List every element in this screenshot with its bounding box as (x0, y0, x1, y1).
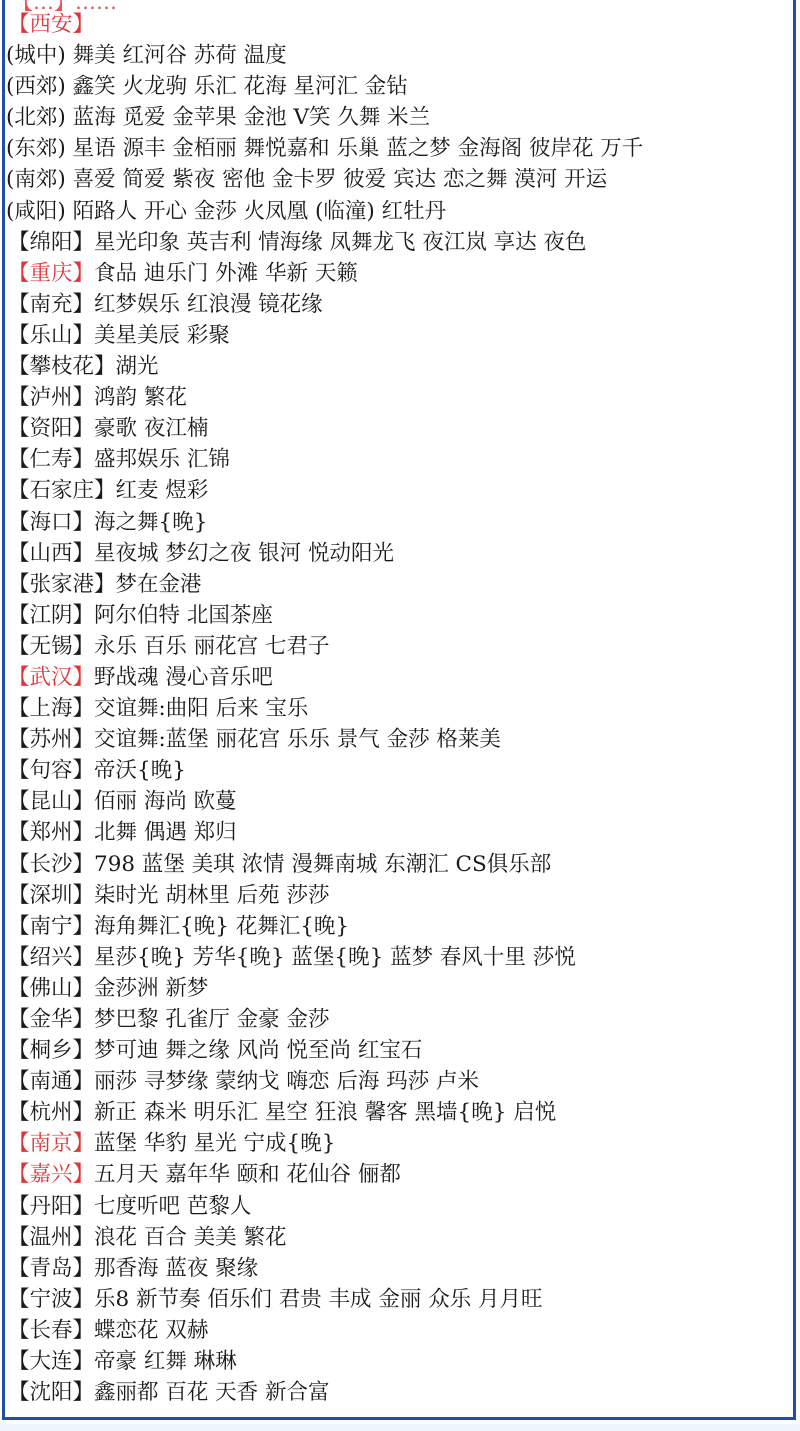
venue-names: 帝豪 红舞 琳琳 (94, 1349, 237, 1374)
venue-names: 柒时光 胡林里 后苑 莎莎 (94, 883, 330, 908)
list-item: 【南京】蓝堡 华豹 星光 宁成{晚} (8, 1128, 643, 1159)
list-item: 【张家港】梦在金港 (8, 569, 643, 600)
list-item: 【杭州】新正 森米 明乐汇 星空 狂浪 馨客 黑墙{晚} 启悦 (8, 1097, 643, 1128)
list-item: 【郑州】北舞 偶遇 郑归 (8, 817, 643, 848)
city-label: 【温州】 (8, 1225, 94, 1250)
city-label: 【苏州】 (8, 727, 94, 752)
city-label: 【乐山】 (8, 323, 94, 348)
list-item: 【金华】梦巴黎 孔雀厅 金豪 金莎 (8, 1004, 643, 1035)
venue-names: 鸿韵 繁花 (94, 385, 187, 410)
venue-names: 新正 森米 明乐汇 星空 狂浪 馨客 黑墙{晚} 启悦 (94, 1100, 556, 1125)
list-item: 【宁波】乐8 新节奏 佰乐们 君贵 丰成 金丽 众乐 月月旺 (8, 1284, 643, 1315)
city-label: (咸阳) (6, 199, 66, 224)
list-item: (城中) 舞美 红河谷 苏荷 温度 (6, 40, 643, 71)
city-label: 【石家庄】 (8, 478, 116, 503)
venue-names: 海之舞{晚} (94, 510, 207, 535)
list-item: 【重庆】食品 迪乐门 外滩 华新 天籁 (8, 258, 643, 289)
venue-names: 湖光 (116, 354, 159, 379)
list-item: (北郊) 蓝海 觅爱 金苹果 金池 V笑 久舞 米兰 (6, 102, 643, 133)
list-item: 【南充】红梦娱乐 红浪漫 镜花缘 (8, 289, 643, 320)
city-label: 【长春】 (8, 1318, 94, 1343)
city-label: 【西安】 (8, 12, 94, 37)
city-label: 【南通】 (8, 1069, 94, 1094)
city-label: 【南京】 (8, 1131, 94, 1156)
venue-names: 蝶恋花 双赫 (94, 1318, 208, 1343)
city-label: 【青岛】 (8, 1256, 94, 1281)
city-label: 【绍兴】 (8, 945, 94, 970)
city-label: (南郊) (6, 167, 66, 192)
list-item: 【南通】丽莎 寻梦缘 蒙纳戈 嗨恋 后海 玛莎 卢米 (8, 1066, 643, 1097)
venue-names: 红麦 煜彩 (116, 478, 209, 503)
city-label: 【桐乡】 (8, 1038, 94, 1063)
bottom-margin (0, 1424, 800, 1431)
city-label: 【嘉兴】 (8, 1162, 94, 1187)
venue-names: 北舞 偶遇 郑归 (94, 820, 237, 845)
venue-names: 红梦娱乐 红浪漫 镜花缘 (94, 292, 323, 317)
venue-names: 星夜城 梦幻之夜 银河 悦动阳光 (94, 541, 394, 566)
venue-names: 丽莎 寻梦缘 蒙纳戈 嗨恋 后海 玛莎 卢米 (94, 1069, 479, 1094)
city-label: 【重庆】 (8, 261, 94, 286)
venue-names: 蓝堡 华豹 星光 宁成{晚} (94, 1131, 335, 1156)
venue-names: 蓝海 觅爱 金苹果 金池 V笑 久舞 米兰 (73, 105, 431, 130)
venue-names: 鑫笑 火龙驹 乐汇 花海 星河汇 金钻 (73, 74, 408, 99)
venue-names: 永乐 百乐 丽花宫 七君子 (94, 634, 330, 659)
venue-names: 那香海 蓝夜 聚缘 (94, 1256, 258, 1281)
city-label: 【昆山】 (8, 789, 94, 814)
city-label: 【南充】 (8, 292, 94, 317)
city-label: 【长沙】 (8, 852, 94, 877)
venue-names: 豪歌 夜江楠 (94, 416, 208, 441)
list-item: 【南宁】海角舞汇{晚} 花舞汇{晚} (8, 911, 643, 942)
city-label: 【资阳】 (8, 416, 94, 441)
list-item: 【山西】星夜城 梦幻之夜 银河 悦动阳光 (8, 538, 643, 569)
city-label: 【郑州】 (8, 820, 94, 845)
list-item: 【桐乡】梦可迪 舞之缘 风尚 悦至尚 红宝石 (8, 1035, 643, 1066)
list-item: 【乐山】美星美辰 彩聚 (8, 320, 643, 351)
venue-names: 798 蓝堡 美琪 浓情 漫舞南城 东潮汇 CS俱乐部 (94, 852, 551, 877)
list-item: 【江阴】阿尔伯特 北国茶座 (8, 600, 643, 631)
city-label: 【杭州】 (8, 1100, 94, 1125)
city-label: 【宁波】 (8, 1287, 94, 1312)
list-item: 【石家庄】红麦 煜彩 (8, 475, 643, 506)
list-item: 【长春】蝶恋花 双赫 (8, 1315, 643, 1346)
venue-names: 梦在金港 (116, 572, 202, 597)
list-item: 【泸州】鸿韵 繁花 (8, 382, 643, 413)
city-label: 【山西】 (8, 541, 94, 566)
city-label: 【仁寿】 (8, 447, 94, 472)
city-label: (东郊) (6, 136, 66, 161)
city-label: 【深圳】 (8, 883, 94, 908)
list-item: (南郊) 喜爱 简爱 紫夜 密他 金卡罗 彼爱 宾达 恋之舞 漠河 开运 (6, 164, 643, 195)
list-item: 【温州】浪花 百合 美美 繁花 (8, 1222, 643, 1253)
list-item: 【长沙】798 蓝堡 美琪 浓情 漫舞南城 东潮汇 CS俱乐部 (8, 849, 643, 880)
venue-names: 鑫丽都 百花 天香 新合富 (94, 1380, 330, 1405)
venue-names: 陌路人 开心 金莎 火凤凰 (临潼) 红牡丹 (73, 199, 446, 224)
list-item: 【资阳】豪歌 夜江楠 (8, 413, 643, 444)
venue-names: 七度听吧 芭黎人 (94, 1194, 251, 1219)
list-item: 【绵阳】星光印象 英吉利 情海缘 凤舞龙飞 夜江岚 享达 夜色 (8, 227, 643, 258)
venue-names: 海角舞汇{晚} 花舞汇{晚} (94, 914, 349, 939)
list-item: 【武汉】野战魂 漫心音乐吧 (8, 662, 643, 693)
list-item: 【佛山】金莎洲 新梦 (8, 973, 643, 1004)
venue-names: 五月天 嘉年华 颐和 花仙谷 俪都 (94, 1162, 401, 1187)
venue-names: 浪花 百合 美美 繁花 (94, 1225, 287, 1250)
list-item: 【深圳】柒时光 胡林里 后苑 莎莎 (8, 880, 643, 911)
city-label: 【上海】 (8, 696, 94, 721)
venue-names: 星光印象 英吉利 情海缘 凤舞龙飞 夜江岚 享达 夜色 (94, 230, 587, 255)
venue-names: 美星美辰 彩聚 (94, 323, 230, 348)
list-item: 【丹阳】七度听吧 芭黎人 (8, 1191, 643, 1222)
venue-names: 交谊舞:蓝堡 丽花宫 乐乐 景气 金莎 格莱美 (94, 727, 501, 752)
city-label: 【南宁】 (8, 914, 94, 939)
city-label: 【攀枝花】 (8, 354, 116, 379)
venue-names: 星莎{晚} 芳华{晚} 蓝堡{晚} 蓝梦 春风十里 莎悦 (94, 945, 576, 970)
city-label: 【绵阳】 (8, 230, 94, 255)
venue-names: 阿尔伯特 北国茶座 (94, 603, 273, 628)
city-label: 【无锡】 (8, 634, 94, 659)
venue-names: 舞美 红河谷 苏荷 温度 (73, 43, 287, 68)
city-label: 【武汉】 (8, 665, 94, 690)
list-item: 【无锡】永乐 百乐 丽花宫 七君子 (8, 631, 643, 662)
city-label: 【张家港】 (8, 572, 116, 597)
list-item: (咸阳) 陌路人 开心 金莎 火凤凰 (临潼) 红牡丹 (6, 196, 643, 227)
city-label: 【沈阳】 (8, 1380, 94, 1405)
list-item: 【苏州】交谊舞:蓝堡 丽花宫 乐乐 景气 金莎 格莱美 (8, 724, 643, 755)
list-item: 【绍兴】星莎{晚} 芳华{晚} 蓝堡{晚} 蓝梦 春风十里 莎悦 (8, 942, 643, 973)
list-item: (东郊) 星语 源丰 金栢丽 舞悦嘉和 乐巢 蓝之梦 金海阁 彼岸花 万千 (6, 133, 643, 164)
city-label: 【句容】 (8, 758, 94, 783)
list-item: 【昆山】佰丽 海尚 欧蔓 (8, 786, 643, 817)
city-label: 【大连】 (8, 1349, 94, 1374)
list-item: 【青岛】那香海 蓝夜 聚缘 (8, 1253, 643, 1284)
venue-names: 交谊舞:曲阳 后来 宝乐 (94, 696, 308, 721)
list-item: 【句容】帝沃{晚} (8, 755, 643, 786)
list-item: 【海口】海之舞{晚} (8, 507, 643, 538)
list-item: 【上海】交谊舞:曲阳 后来 宝乐 (8, 693, 643, 724)
city-label: (城中) (6, 43, 66, 68)
venue-list: 【西安】(城中) 舞美 红河谷 苏荷 温度(西郊) 鑫笑 火龙驹 乐汇 花海 星… (8, 9, 643, 1408)
list-item: 【大连】帝豪 红舞 琳琳 (8, 1346, 643, 1377)
list-item: 【嘉兴】五月天 嘉年华 颐和 花仙谷 俪都 (8, 1159, 643, 1190)
city-label: 【佛山】 (8, 976, 94, 1001)
venue-names: 野战魂 漫心音乐吧 (94, 665, 273, 690)
city-label: 【泸州】 (8, 385, 94, 410)
venue-names: 佰丽 海尚 欧蔓 (94, 789, 237, 814)
list-item: 【西安】 (8, 9, 643, 40)
venue-names: 星语 源丰 金栢丽 舞悦嘉和 乐巢 蓝之梦 金海阁 彼岸花 万千 (73, 136, 644, 161)
city-label: (北郊) (6, 105, 66, 130)
venue-names: 梦可迪 舞之缘 风尚 悦至尚 红宝石 (94, 1038, 422, 1063)
city-label: (西郊) (6, 74, 66, 99)
venue-names: 金莎洲 新梦 (94, 976, 208, 1001)
city-label: 【金华】 (8, 1007, 94, 1032)
venue-names: 喜爱 简爱 紫夜 密他 金卡罗 彼爱 宾达 恋之舞 漠河 开运 (73, 167, 608, 192)
list-item: (西郊) 鑫笑 火龙驹 乐汇 花海 星河汇 金钻 (6, 71, 643, 102)
venue-names: 帝沃{晚} (94, 758, 186, 783)
venue-names: 盛邦娱乐 汇锦 (94, 447, 230, 472)
city-label: 【丹阳】 (8, 1194, 94, 1219)
venue-names: 食品 迪乐门 外滩 华新 天籁 (94, 261, 358, 286)
city-label: 【海口】 (8, 510, 94, 535)
city-label: 【江阴】 (8, 603, 94, 628)
list-item: 【仁寿】盛邦娱乐 汇锦 (8, 444, 643, 475)
venue-names: 乐8 新节奏 佰乐们 君贵 丰成 金丽 众乐 月月旺 (94, 1287, 543, 1312)
venue-names: 梦巴黎 孔雀厅 金豪 金莎 (94, 1007, 330, 1032)
list-item: 【攀枝花】湖光 (8, 351, 643, 382)
list-item: 【沈阳】鑫丽都 百花 天香 新合富 (8, 1377, 643, 1408)
